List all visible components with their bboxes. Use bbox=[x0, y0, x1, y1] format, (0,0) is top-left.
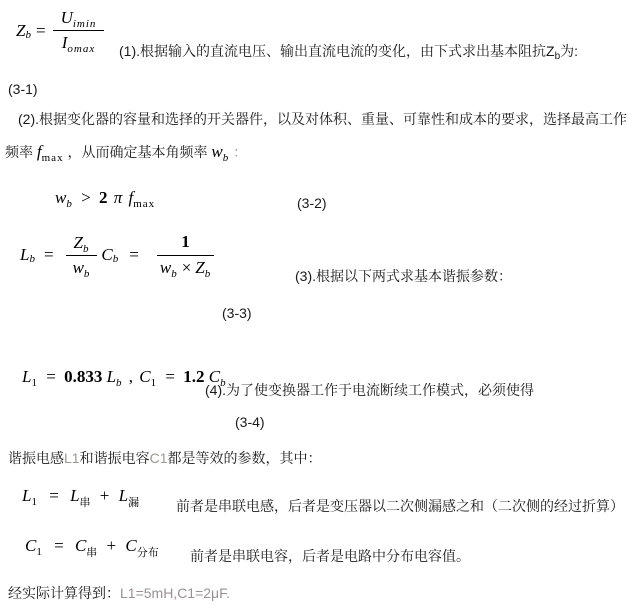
eq-cb-equals: = bbox=[119, 245, 149, 265]
eq-lb-equals1: = bbox=[36, 245, 62, 265]
eq-l1sum-b-sub: 漏 bbox=[128, 497, 139, 509]
eq-cb-den-w: w bbox=[160, 258, 171, 277]
eq-cb-den-z: Z bbox=[195, 258, 204, 277]
eq-lb-num1: Z bbox=[74, 233, 83, 252]
equation-zb: Zb = Uimin Iomax bbox=[16, 8, 107, 53]
paragraph-5-p1: 谐振电感 bbox=[8, 450, 64, 466]
equation-l1-sum: L1 = L串 + L漏 bbox=[22, 486, 139, 506]
paragraph-1-suffix: 为: bbox=[560, 43, 578, 59]
eq-cb-var: C bbox=[101, 245, 112, 265]
equation-label-3-4: (3-4) bbox=[235, 413, 265, 432]
eq-c1-equals: = bbox=[161, 367, 179, 386]
eq-lb-fraction1: Zb wb bbox=[65, 233, 99, 278]
eq-wb-pi: π bbox=[112, 188, 125, 207]
paragraph-2-colon: ： bbox=[233, 144, 247, 160]
eq-c1sum-a-sub: 串 bbox=[86, 547, 97, 559]
paragraph-5: 谐振电感L1和谐振电容C1都是等效的参数，其中： bbox=[8, 449, 321, 468]
eq-c1sum-lhs: C bbox=[25, 536, 36, 555]
paragraph-8: 经实际计算得到：L1=5mH,C1=2μF. bbox=[8, 584, 230, 603]
eq-l1-equals: = bbox=[42, 367, 60, 386]
eq-c1-sub: 1 bbox=[151, 377, 158, 389]
eq-zb-den-sub: omax bbox=[67, 43, 95, 55]
eq-c1sum-b: C bbox=[125, 536, 136, 555]
paragraph-1: (1).根据输入的直流电压、输出直流电流的变化，由下式求出基本阻抗Zb为: bbox=[119, 42, 578, 63]
eq-c1sum-plus: + bbox=[102, 536, 122, 555]
inline-fmax-var: f bbox=[37, 142, 42, 161]
eq-wb-w: w bbox=[55, 188, 66, 207]
paragraph-5-p2: 和谐振电容 bbox=[80, 450, 150, 466]
eq-l1sum-a-sub: 串 bbox=[80, 497, 91, 509]
eq-zb-num-sub: imin bbox=[73, 18, 97, 30]
paragraph-3: (3).根据以下两式求基本谐振参数： bbox=[295, 267, 512, 286]
eq-lb-num1-sub: b bbox=[83, 243, 90, 255]
eq-l1sum-equals: = bbox=[42, 486, 66, 505]
equation-c1-sum: C1 = C串 + C分布 bbox=[25, 536, 159, 556]
eq-l1sum-lhs-sub: 1 bbox=[31, 496, 38, 508]
eq-c1sum-equals: = bbox=[47, 536, 71, 555]
eq-zb-lhs-sub: b bbox=[25, 29, 32, 41]
eq-cb-times: × bbox=[178, 258, 196, 277]
paragraph-8-label: 经实际计算得到： bbox=[8, 585, 120, 601]
paragraph-5-l1: L1 bbox=[64, 450, 80, 466]
equation-wb: wb > 2 π fmax bbox=[55, 188, 155, 208]
document-page: Zb = Uimin Iomax (1).根据输入的直流电压、输出直流电流的变化… bbox=[0, 0, 632, 607]
eq-wb-f-sub: max bbox=[133, 198, 155, 210]
equation-label-3-2: (3-2) bbox=[297, 194, 327, 213]
eq-l1-coef: 0.833 bbox=[64, 367, 102, 386]
paragraph-1-var: Z bbox=[546, 43, 555, 59]
eq-lb-lhs-sub: b bbox=[29, 253, 36, 265]
paragraph-2-mid: ，从而确定基本角频率 bbox=[67, 144, 207, 160]
eq-l1-lb: L bbox=[107, 367, 116, 386]
paragraph-6: 前者是串联电感，后者是变压器以二次侧漏感之和（二次侧的经过折算） bbox=[176, 497, 624, 516]
inline-wb-sub: b bbox=[223, 152, 230, 164]
eq-wb-w-sub: b bbox=[66, 198, 73, 210]
eq-l1sum-plus: + bbox=[95, 486, 115, 505]
eq-c1-var: C bbox=[139, 367, 150, 386]
eq-zb-num: U bbox=[61, 8, 73, 27]
paragraph-5-c1: C1 bbox=[150, 450, 168, 466]
paragraph-1-var-sub: b bbox=[555, 51, 561, 62]
eq-c1sum-a: C bbox=[75, 536, 86, 555]
eq-cb-den-w-sub: b bbox=[171, 268, 178, 280]
equation-label-3-1: (3-1) bbox=[8, 80, 38, 99]
eq-cb-var-sub: b bbox=[113, 253, 120, 265]
eq-l1sum-a: L bbox=[70, 486, 79, 505]
eq-wb-gt: > bbox=[77, 188, 95, 207]
eq-lb-den1: w bbox=[73, 258, 84, 277]
eq-zb-fraction: Uimin Iomax bbox=[53, 8, 105, 53]
eq-c1-coef: 1.2 bbox=[183, 367, 204, 386]
eq-lb-lhs: L bbox=[20, 245, 29, 265]
equation-l1-c1: L1 = 0.833 Lb , C1 = 1.2 Cb bbox=[22, 367, 227, 387]
eq-cb-den-z-sub: b bbox=[205, 268, 212, 280]
eq-c1sum-lhs-sub: 1 bbox=[36, 546, 43, 558]
equation-lb-cb: Lb = Zb wb Cb = 1 wb×Zb bbox=[20, 232, 222, 278]
paragraph-2-freq-label: 频率 bbox=[5, 144, 33, 160]
equation-label-3-3: (3-3) bbox=[222, 304, 252, 323]
paragraph-5-p3: 都是等效的参数，其中： bbox=[167, 450, 321, 466]
eq-wb-two: 2 bbox=[99, 188, 108, 207]
calculated-result-value: L1=5mH,C1=2μF. bbox=[120, 585, 230, 601]
eq-l1-sub: 1 bbox=[31, 377, 38, 389]
paragraph-2-line1: (2).根据变化器的容量和选择的开关器件，以及对体积、重量、可靠性和成本的要求，… bbox=[18, 110, 627, 129]
paragraph-2-line2: 频率 fmax ，从而确定基本角频率 wb ： bbox=[5, 142, 247, 164]
paragraph-7: 前者是串联电容，后者是电路中分布电容值。 bbox=[190, 547, 470, 566]
inline-wb-var: w bbox=[211, 142, 222, 161]
eq-cb-num: 1 bbox=[181, 232, 190, 251]
eq-zb-equals: = bbox=[32, 21, 50, 41]
paragraph-1-text: (1).根据输入的直流电压、输出直流电流的变化，由下式求出基本阻抗 bbox=[119, 43, 546, 59]
eq-l1sum-b: L bbox=[119, 486, 128, 505]
paragraph-4: (4).为了使变换器工作于电流断续工作模式，必须使得 bbox=[205, 381, 534, 400]
eq-zb-lhs: Z bbox=[16, 21, 25, 41]
eq-c1sum-b-sub: 分布 bbox=[137, 547, 159, 559]
eq-cb-fraction: 1 wb×Zb bbox=[152, 232, 219, 278]
inline-fmax-sub: max bbox=[42, 152, 64, 164]
eq-l1-lb-sub: b bbox=[116, 377, 123, 389]
eq-lb-den1-sub: b bbox=[84, 268, 91, 280]
eq-l1-comma: , bbox=[127, 367, 135, 386]
